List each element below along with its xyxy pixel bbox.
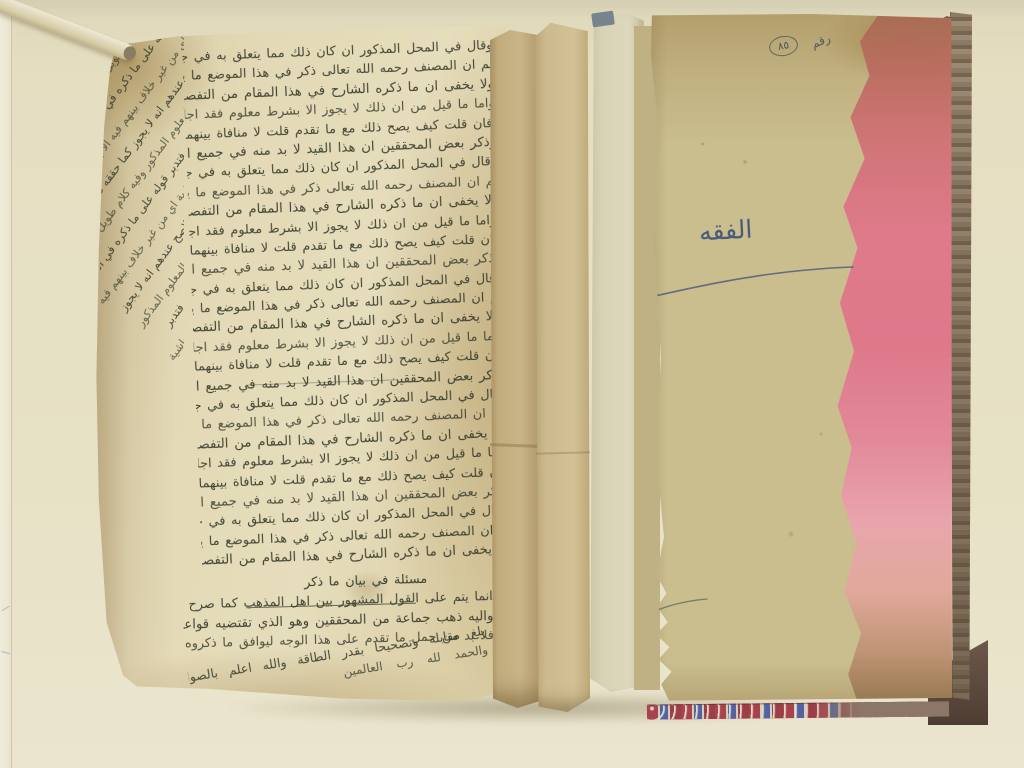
right-flyleaf-page: ٨٥ رقم الفقه: [641, 14, 952, 702]
catalog-number-word: رقم: [809, 31, 832, 51]
annotation-underline-flourish: [649, 260, 861, 304]
pink-dye-stain: [834, 14, 952, 702]
page-edge-strip: [634, 26, 660, 690]
page-edge-strip: [490, 30, 540, 708]
under-sheet-edge: [0, 0, 12, 768]
left-manuscript-page: قوله على ما ذكره في المتن والاصح عندهم ا…: [96, 24, 506, 704]
manuscript-main-text: وقال في المحل المذكور ان كان ذلك مما يتع…: [182, 36, 512, 571]
pointer-rod: [0, 0, 136, 62]
catalog-number-circle: ٨٥: [767, 34, 799, 59]
fiqh-annotation: الفقه: [698, 215, 753, 247]
marbled-endpaper-strip: [647, 701, 949, 719]
faint-blue-mark: [1, 606, 9, 611]
book-fore-edge: [950, 12, 972, 700]
catalog-number: ٨٥: [777, 39, 790, 53]
faint-blue-mark: [1, 651, 10, 654]
manuscript-margin-area: قوله على ما ذكره في المتن والاصح عندهم ا…: [100, 32, 184, 682]
manuscript-margin-notes-inner: قوله على ما ذكره في المتن والاصح عندهم ا…: [100, 32, 184, 632]
page-edge-strip: [534, 20, 590, 712]
